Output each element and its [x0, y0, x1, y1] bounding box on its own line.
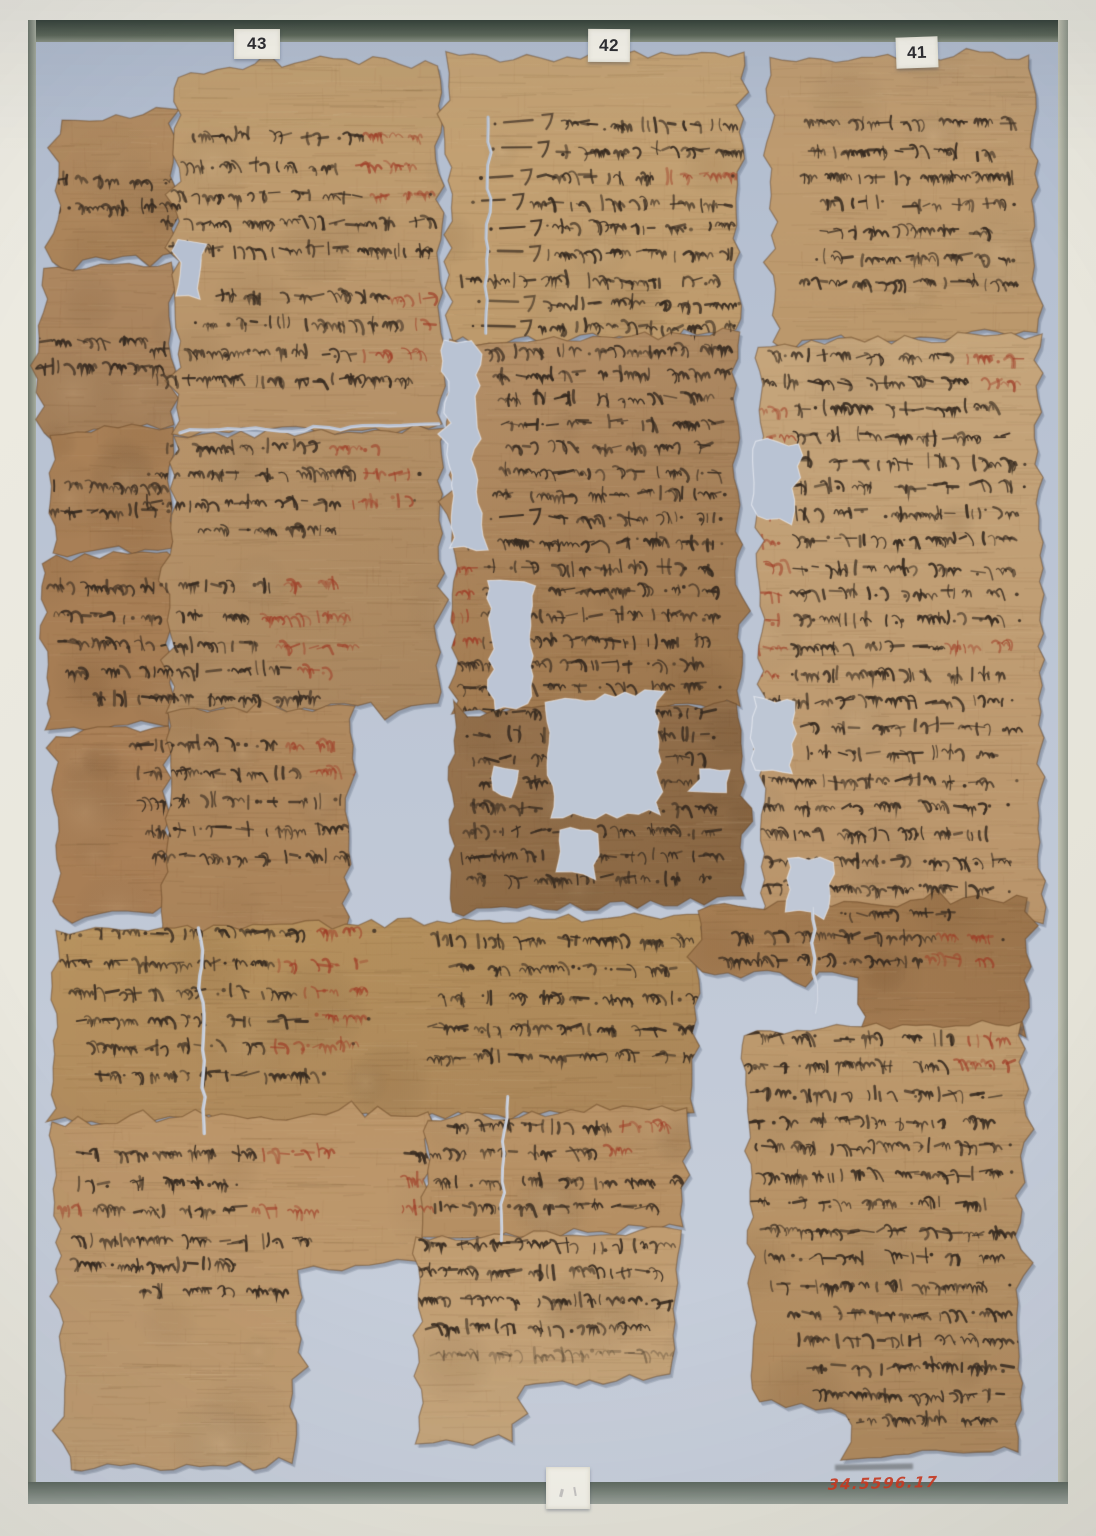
- papyrus-manuscript-canvas: [0, 0, 1096, 1536]
- blank-bottom-tag: [546, 1467, 590, 1509]
- tag-number: 43: [247, 34, 267, 54]
- catalog-number: 34.5596.17: [827, 1472, 959, 1497]
- tag-number: 42: [599, 35, 619, 55]
- fragment-number-tag-41: 41: [895, 36, 938, 68]
- fragment-number-tag-43: 43: [234, 29, 280, 59]
- faint-pencil-mark: [559, 1489, 564, 1497]
- tag-number: 41: [907, 42, 928, 63]
- fragment-number-tag-42: 42: [588, 29, 630, 62]
- framed-papyrus-photo: 43 42 41 34.5596.17: [0, 0, 1096, 1536]
- faint-pencil-mark: [573, 1487, 577, 1496]
